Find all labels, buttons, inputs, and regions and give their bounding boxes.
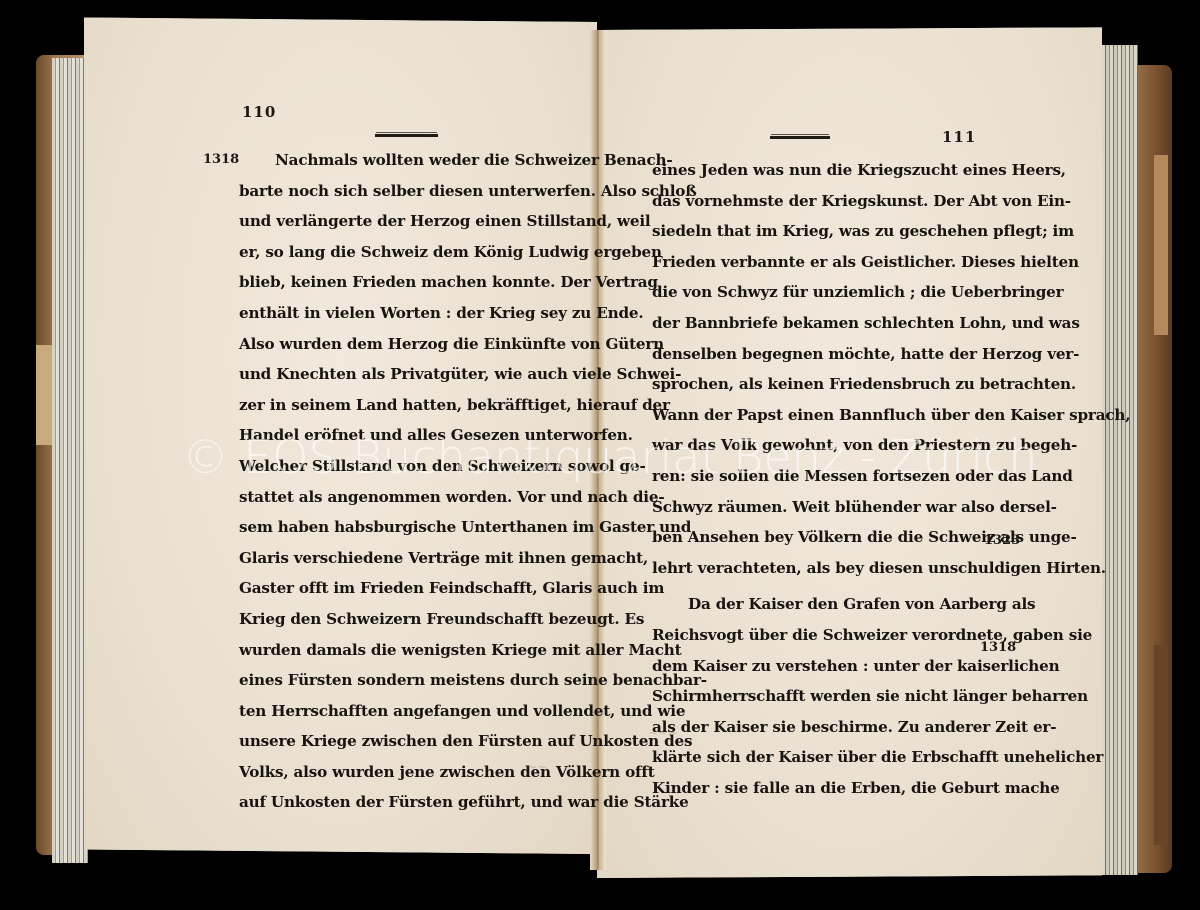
header-rule-right — [770, 136, 830, 139]
text-line: klärte sich der Kaiser über die Erbschaf… — [652, 742, 970, 773]
text-line: sem haben habsburgische Unterthanen im G… — [239, 512, 564, 543]
text-line: Da der Kaiser den Grafen von Aarberg als — [652, 589, 970, 620]
left-page-number: 110 — [242, 103, 276, 121]
show-through-mark: ~~ — [527, 760, 547, 774]
text-line: die von Schwyz für unziemlich ; die Uebe… — [652, 277, 970, 308]
text-line: eines Jeden was nun die Kriegszucht eine… — [652, 155, 970, 186]
text-line: als der Kaiser sie beschirme. Zu anderer… — [652, 712, 970, 743]
text-line: enthält in vielen Worten : der Krieg sey… — [239, 298, 564, 329]
cover-band — [1154, 645, 1168, 845]
cover-band — [1154, 155, 1168, 335]
text-line: stattet als angenommen worden. Vor und n… — [239, 482, 564, 513]
margin-year-1318: 1318 — [203, 152, 239, 167]
text-line: Volks, also wurden jene zwischen den Völ… — [239, 757, 564, 788]
text-line: Krieg den Schweizern Freundschafft bezeu… — [239, 604, 564, 635]
text-line: Glaris verschiedene Verträge mit ihnen g… — [239, 543, 564, 574]
margin-year-1318: 1318 — [980, 640, 1016, 655]
text-line: und verlängerte der Herzog einen Stillst… — [239, 206, 564, 237]
text-line: Gaster offt im Frieden Feindschafft, Gla… — [239, 573, 564, 604]
right-page-stack — [1098, 45, 1138, 875]
show-through-mark: ~~~ — [648, 726, 678, 740]
text-line: Kinder : sie falle an die Erben, die Geb… — [652, 773, 970, 804]
copyright-watermark: © EOS Buchantiquariat Benz - Zürich — [160, 430, 1060, 484]
text-line: Schwyz räumen. Weit blühender war also d… — [652, 492, 970, 523]
text-line: blieb, keinen Frieden machen konnte. Der… — [239, 267, 564, 298]
text-line: barte noch sich selber diesen unterwerfe… — [239, 176, 564, 207]
text-line: lehrt verachteten, als bey diesen unschu… — [652, 553, 970, 584]
text-line: wurden damals die wenigsten Kriege mit a… — [239, 635, 564, 666]
text-line: ten Herrschafften angefangen und vollend… — [239, 696, 564, 727]
text-line: das vornehmste der Kriegskunst. Der Abt … — [652, 186, 970, 217]
text-line: Schirmherrschafft werden sie nicht länge… — [652, 681, 970, 712]
text-line: dem Kaiser zu verstehen : unter der kais… — [652, 651, 970, 682]
text-line: auf Unkosten der Fürsten geführt, und wa… — [239, 787, 564, 818]
text-line: Frieden verbannte er als Geistlicher. Di… — [652, 247, 970, 278]
header-rule-left — [375, 134, 438, 137]
text-line: und Knechten als Privatgüter, wie auch v… — [239, 359, 564, 390]
right-cover-edge — [1132, 65, 1172, 873]
text-line: er, so lang die Schweiz dem König Ludwig… — [239, 237, 564, 268]
text-line: eines Fürsten sondern meistens durch sei… — [239, 665, 564, 696]
text-line: zer in seinem Land hatten, bekräfftiget,… — [239, 390, 564, 421]
text-line: unsere Kriege zwischen den Fürsten auf U… — [239, 726, 564, 757]
open-book: 110 111 1318 Nachmals wollten weder die … — [0, 0, 1200, 910]
text-line: ben Ansehen bey Völkern die die Schweiz … — [652, 522, 970, 553]
text-line: denselben begegnen möchte, hatte der Her… — [652, 339, 970, 370]
text-line: sprochen, als keinen Friedensbruch zu be… — [652, 369, 970, 400]
text-line: siedeln that im Krieg, was zu geschehen … — [652, 216, 970, 247]
text-line: Also wurden dem Herzog die Einkünfte von… — [239, 329, 564, 360]
text-line: Reichsvogt über die Schweizer verordnete… — [652, 620, 970, 651]
text-line: Wann der Papst einen Bannfluch über den … — [652, 400, 970, 431]
left-page-stack — [52, 58, 88, 863]
right-page-number: 111 — [942, 128, 976, 146]
margin-year-1323: 1323 — [984, 533, 1020, 548]
text-line: der Bannbriefe bekamen schlechten Lohn, … — [652, 308, 970, 339]
text-line: Nachmals wollten weder die Schweizer Ben… — [239, 145, 564, 176]
